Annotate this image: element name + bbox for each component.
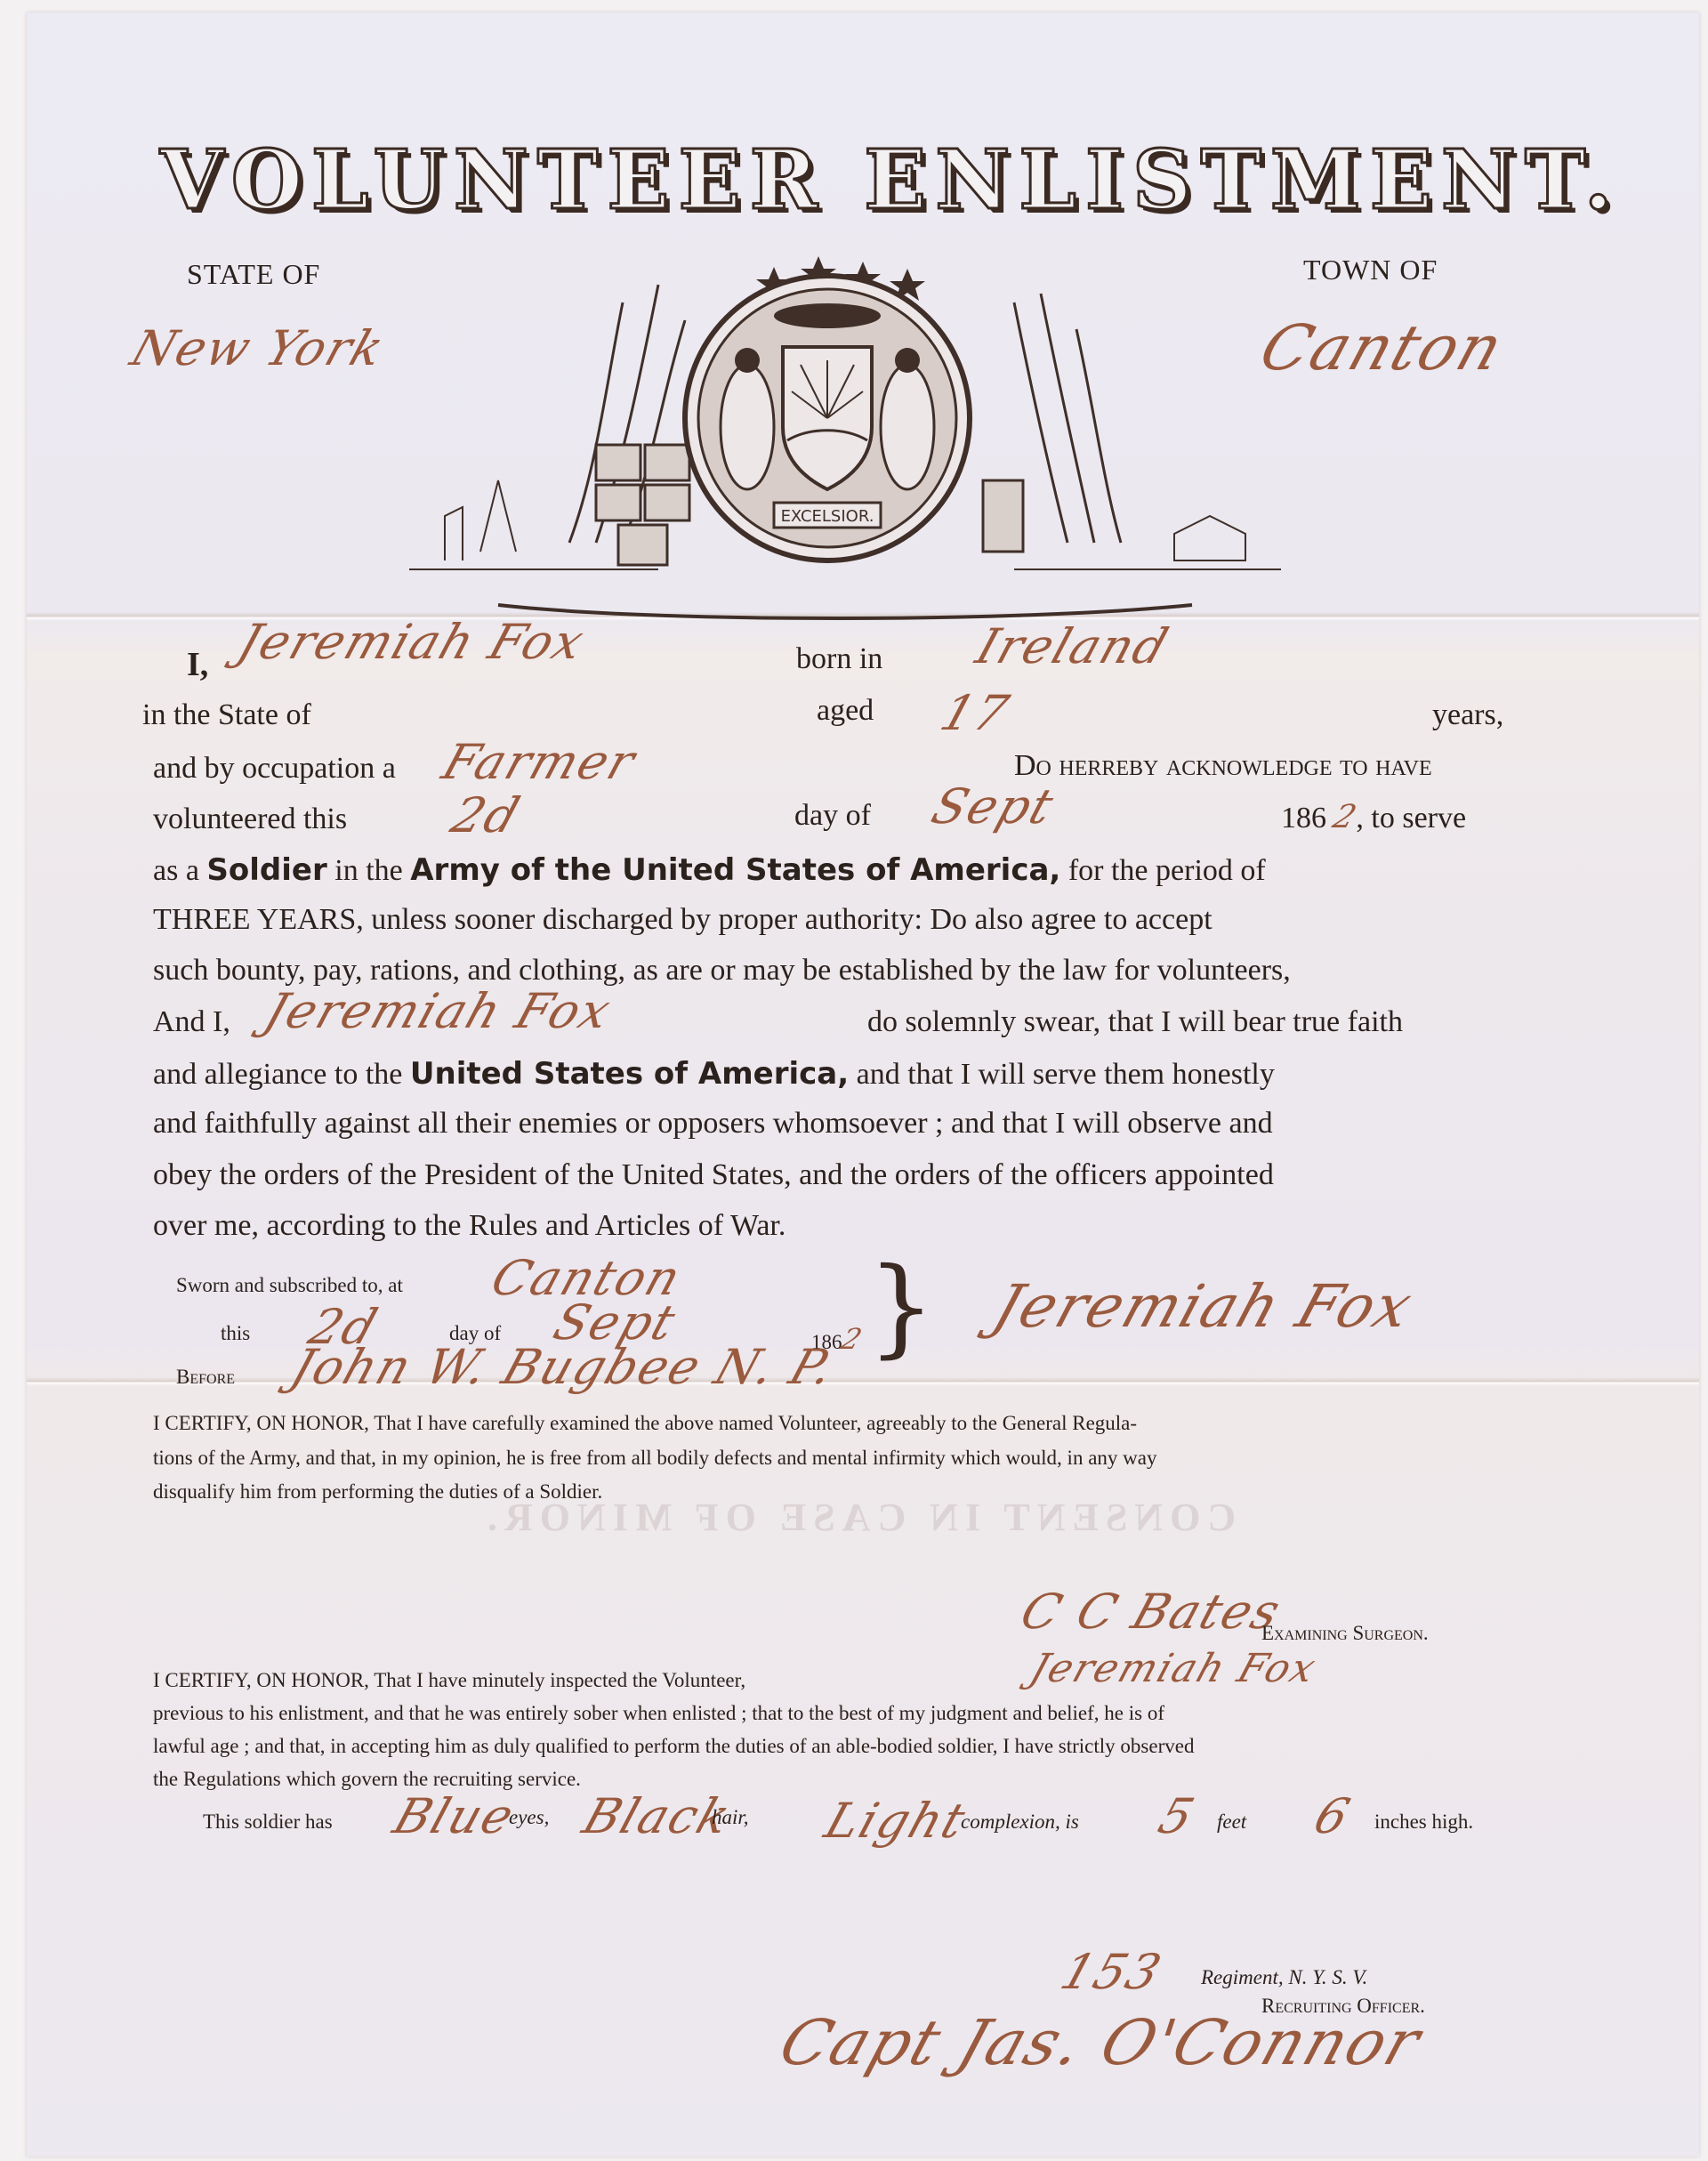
enlistment-line-12: over me, according to the Rules and Arti…	[153, 1209, 786, 1243]
enlistment-line-6: THREE YEARS, unless sooner discharged by…	[153, 903, 1213, 937]
volunteer-signature: Jeremiah Fox	[985, 1272, 1422, 1341]
line5-c: for the period of	[1068, 854, 1266, 887]
brace: }	[867, 1246, 935, 1369]
feet-label: feet	[1217, 1810, 1246, 1834]
volunteered-label: volunteered this	[153, 802, 347, 836]
hair-label: hair,	[712, 1806, 749, 1829]
inspected-volunteer-name: Jeremiah Fox	[1025, 1646, 1323, 1691]
years-label: years,	[1432, 698, 1503, 732]
enlistment-line-5: as a Soldier in the Army of the United S…	[153, 852, 1266, 888]
soldier-text: Soldier	[206, 852, 326, 888]
acknowledge-label: Do herreby acknowledge to have	[1014, 749, 1432, 783]
complexion-label: complexion, is	[961, 1810, 1079, 1834]
before-label: Before	[176, 1366, 235, 1389]
usa-text: United States of America,	[410, 1056, 849, 1092]
notary-name: John W. Bugbee N. P.	[285, 1339, 842, 1395]
surgeon-title: Examining Surgeon.	[1261, 1622, 1429, 1645]
line9-b: and that I will serve them honestly	[857, 1058, 1275, 1091]
born-in-label: born in	[796, 642, 882, 676]
line5-b: in the	[334, 854, 402, 887]
seal-motto: EXCELSIOR.	[781, 507, 874, 526]
surgeon-cert-line-2: tions of the Army, and that, in my opini…	[153, 1447, 1156, 1470]
recruiter-cert-line-2: previous to his enlistment, and that he …	[153, 1702, 1164, 1725]
enlistment-line-9: and allegiance to the United States of A…	[153, 1056, 1275, 1092]
complexion-value: Light	[818, 1793, 974, 1849]
year-prefix: 186	[1281, 802, 1326, 835]
fold-crease-lower	[27, 1377, 1699, 1386]
oath-name: Jeremiah Fox	[258, 983, 619, 1039]
town-of-label: TOWN OF	[1303, 254, 1438, 286]
regiment-number: 153	[1054, 1944, 1170, 2000]
year-line: 186 2, to serve	[1281, 799, 1466, 835]
recruiter-cert-line-1: I CERTIFY, ON HONOR, That I have minutel…	[153, 1669, 745, 1692]
document-title: VOLUNTEER ENLISTMENT.	[160, 132, 1622, 228]
i-label: I,	[187, 645, 208, 684]
recruiter-cert-line-3: lawful age ; and that, in accepting him …	[153, 1735, 1194, 1758]
state-of-line-label: in the State of	[142, 698, 311, 732]
occupation-value: Farmer	[436, 734, 643, 790]
regiment-label: Regiment, N. Y. S. V.	[1201, 1966, 1367, 1989]
eyes-label: eyes,	[509, 1806, 549, 1829]
line8-a: And I,	[153, 1005, 230, 1039]
eyes-value: Blue	[387, 1788, 522, 1844]
volunteered-month: Sept	[925, 778, 1062, 835]
enlistment-line-11: obey the orders of the President of the …	[153, 1158, 1274, 1192]
aged-label: aged	[817, 694, 874, 728]
line5-a: as a	[153, 854, 199, 887]
complexion-text: complexion, is	[961, 1810, 1079, 1833]
recruiting-officer-signature: Capt Jas. O'Connor	[771, 2006, 1430, 2079]
volunteer-name: Jeremiah Fox	[231, 614, 592, 670]
to-serve-label: , to serve	[1356, 802, 1466, 835]
state-seal-engraving: EXCELSIOR.	[391, 249, 1299, 623]
state-of-value: New York	[125, 320, 392, 376]
description-label: This soldier has	[203, 1810, 333, 1834]
line9-a: and allegiance to the	[153, 1058, 402, 1091]
day-of-label: day of	[794, 799, 871, 833]
inches-label: inches high.	[1374, 1810, 1473, 1834]
occupation-label: and by occupation a	[153, 752, 396, 786]
surgeon-cert-line-3: disqualify him from performing the dutie…	[153, 1480, 602, 1504]
sworn-label: Sworn and subscribed to, at	[176, 1274, 403, 1297]
army-text: Army of the United States of America,	[410, 852, 1060, 888]
this-label: this	[221, 1322, 250, 1345]
surgeon-cert-line-1: I CERTIFY, ON HONOR, That I have careful…	[153, 1412, 1137, 1435]
line8-b: do solemnly swear, that I will bear true…	[867, 1005, 1403, 1039]
state-of-label: STATE OF	[187, 258, 320, 291]
surgeon-signature: C C Bates	[1014, 1584, 1289, 1640]
born-in-value: Ireland	[970, 618, 1176, 674]
enlistment-line-10: and faithfully against all their enemies…	[153, 1107, 1273, 1141]
